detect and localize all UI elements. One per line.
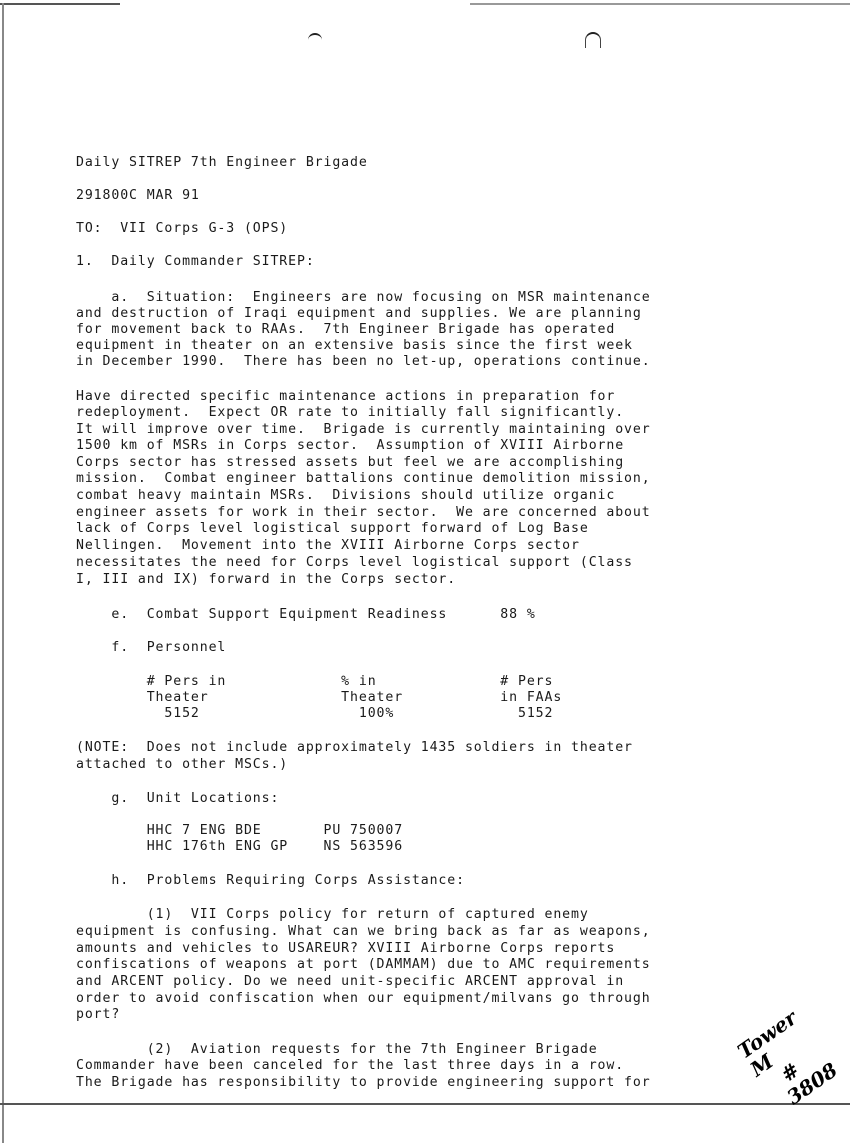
scan-edge-left bbox=[2, 3, 4, 1143]
text-line: Have directed specific maintenance actio… bbox=[76, 389, 615, 406]
text-line: (NOTE: Does not include approximately 14… bbox=[76, 740, 633, 757]
punch-hole-mark bbox=[585, 32, 601, 48]
text-line: equipment is confusing. What can we brin… bbox=[76, 924, 651, 941]
text-line: in December 1990. There has been no let-… bbox=[76, 354, 651, 371]
text-line: Commander have been canceled for the las… bbox=[76, 1058, 624, 1075]
equipment-readiness: e. Combat Support Equipment Readiness 88… bbox=[76, 607, 536, 624]
text-line: confiscations of weapons at port (DAMMAM… bbox=[76, 957, 651, 974]
table-header-row: Theater Theater in FAAs bbox=[76, 690, 562, 707]
text-line: amounts and vehicles to USAREUR? XVIII A… bbox=[76, 941, 615, 958]
scan-edge-top bbox=[0, 3, 120, 5]
date-time-group: 291800C MAR 91 bbox=[76, 188, 200, 205]
text-line: a. Situation: Engineers are now focusing… bbox=[76, 290, 651, 307]
text-line: lack of Corps level logistical support f… bbox=[76, 521, 589, 538]
text-line: redeployment. Expect OR rate to initiall… bbox=[76, 405, 624, 422]
list-item: HHC 7 ENG BDE PU 750007 bbox=[76, 823, 403, 840]
section-heading: 1. Daily Commander SITREP: bbox=[76, 254, 315, 271]
text-line: 1500 km of MSRs in Corps sector. Assumpt… bbox=[76, 438, 624, 455]
list-item: HHC 176th ENG GP NS 563596 bbox=[76, 839, 403, 856]
addressee: TO: VII Corps G-3 (OPS) bbox=[76, 221, 288, 238]
doc-title: Daily SITREP 7th Engineer Brigade bbox=[76, 155, 368, 172]
text-line: I, III and IX) forward in the Corps sect… bbox=[76, 572, 456, 589]
table-header-row: # Pers in % in # Pers bbox=[76, 674, 553, 691]
text-line: (2) Aviation requests for the 7th Engine… bbox=[76, 1042, 598, 1059]
problems-heading: h. Problems Requiring Corps Assistance: bbox=[76, 873, 465, 890]
text-line: (1) VII Corps policy for return of captu… bbox=[76, 907, 589, 924]
unit-locations-heading: g. Unit Locations: bbox=[76, 791, 279, 808]
text-line: It will improve over time. Brigade is cu… bbox=[76, 422, 651, 439]
personnel-heading: f. Personnel bbox=[76, 640, 226, 657]
scan-edge-top-right bbox=[470, 3, 850, 5]
document-page: Daily SITREP 7th Engineer Brigade 291800… bbox=[0, 0, 850, 1147]
text-line: mission. Combat engineer battalions cont… bbox=[76, 471, 651, 488]
punch-hole-mark bbox=[308, 33, 322, 43]
text-line: Nellingen. Movement into the XVIII Airbo… bbox=[76, 538, 580, 555]
text-line: order to avoid confiscation when our equ… bbox=[76, 991, 651, 1008]
text-line: combat heavy maintain MSRs. Divisions sh… bbox=[76, 488, 615, 505]
text-line: port? bbox=[76, 1007, 120, 1024]
text-line: and destruction of Iraqi equipment and s… bbox=[76, 306, 642, 323]
table-row: 5152 100% 5152 bbox=[76, 706, 553, 723]
text-line: The Brigade has responsibility to provid… bbox=[76, 1075, 651, 1092]
page-cut-line bbox=[0, 1103, 850, 1105]
text-line: equipment in theater on an extensive bas… bbox=[76, 338, 633, 355]
text-line: attached to other MSCs.) bbox=[76, 757, 288, 774]
handwritten-stamp: Tower M # 3808 bbox=[734, 990, 850, 1110]
text-line: for movement back to RAAs. 7th Engineer … bbox=[76, 322, 615, 339]
text-line: Corps sector has stressed assets but fee… bbox=[76, 455, 624, 472]
text-line: and ARCENT policy. Do we need unit-speci… bbox=[76, 974, 624, 991]
text-line: engineer assets for work in their sector… bbox=[76, 505, 651, 522]
text-line: necessitates the need for Corps level lo… bbox=[76, 555, 633, 572]
